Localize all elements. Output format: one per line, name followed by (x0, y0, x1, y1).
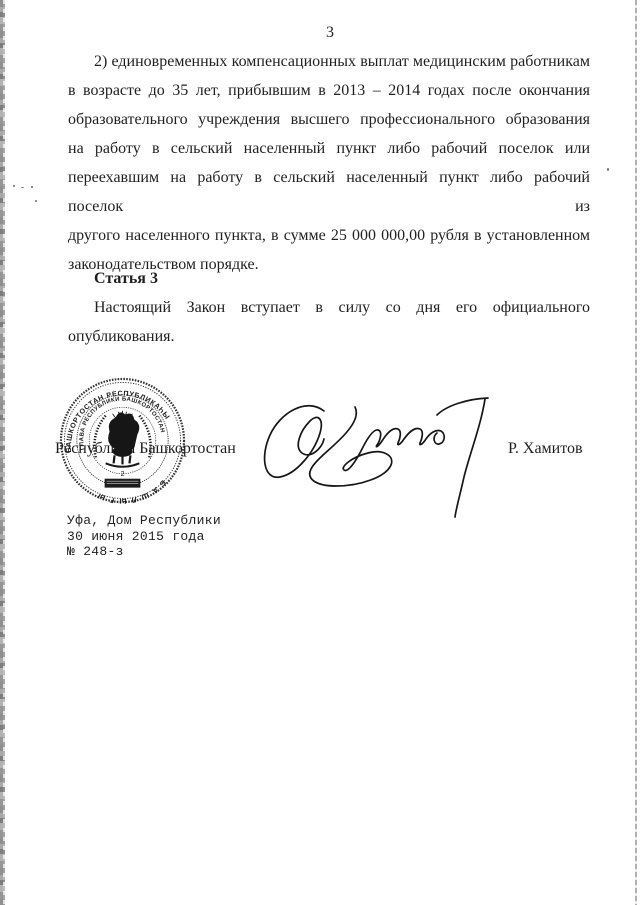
paragraph-line: в возрасте до 35 лет, прибывшим в 2013 –… (68, 76, 590, 105)
paragraph-line: переехавшим на работу в сельский населен… (68, 163, 590, 221)
seal-coat-of-arms: 2 (94, 411, 150, 488)
issue-place-line: Уфа, Дом Республики (67, 513, 221, 529)
document-number-line: № 248-з (67, 544, 221, 560)
article-line: Настоящий Закон вступает в силу со дня е… (68, 293, 590, 322)
article-line: опубликования. (68, 322, 590, 351)
paragraph-line: образовательного учреждения высшего проф… (68, 105, 590, 134)
scan-speck (607, 168, 609, 171)
paragraph-line: 2) единовременных компенсационных выплат… (68, 47, 590, 76)
article-3-section: Статья 3 Настоящий Закон вступает в силу… (68, 264, 590, 351)
paragraph-line: на работу в сельский населенный пункт ли… (68, 134, 590, 163)
scan-speck (21, 187, 24, 188)
official-seal: БАШКОРТОСТАН РЕСПУБЛИКАҺЫ БАШЛЫҒЫ ГЛАВА … (58, 376, 187, 505)
seal-icon: БАШКОРТОСТАН РЕСПУБЛИКАҺЫ БАШЛЫҒЫ ГЛАВА … (58, 376, 187, 505)
page-number: 3 (0, 24, 640, 42)
signer-name: Р. Хамитов (508, 440, 583, 458)
law-clause-paragraph: 2) единовременных компенсационных выплат… (68, 47, 590, 279)
issue-details-block: Уфа, Дом Республики 30 июня 2015 года № … (67, 513, 221, 560)
scanned-document-page: 3 2) единовременных компенсационных выпл… (0, 0, 640, 905)
scan-artifact-left-edge-texture (3, 0, 6, 905)
signature-icon (240, 373, 492, 520)
scan-artifact-right-edge (635, 0, 637, 905)
issue-date-line: 30 июня 2015 года (67, 529, 221, 545)
handwritten-signature (240, 373, 492, 520)
seal-center-number: 2 (121, 471, 125, 478)
scan-speck (13, 185, 15, 187)
scan-speck (31, 186, 33, 188)
scan-speck (35, 200, 37, 202)
article-heading: Статья 3 (68, 264, 590, 293)
paragraph-line: другого населенного пункта, в сумме 25 0… (68, 221, 590, 250)
